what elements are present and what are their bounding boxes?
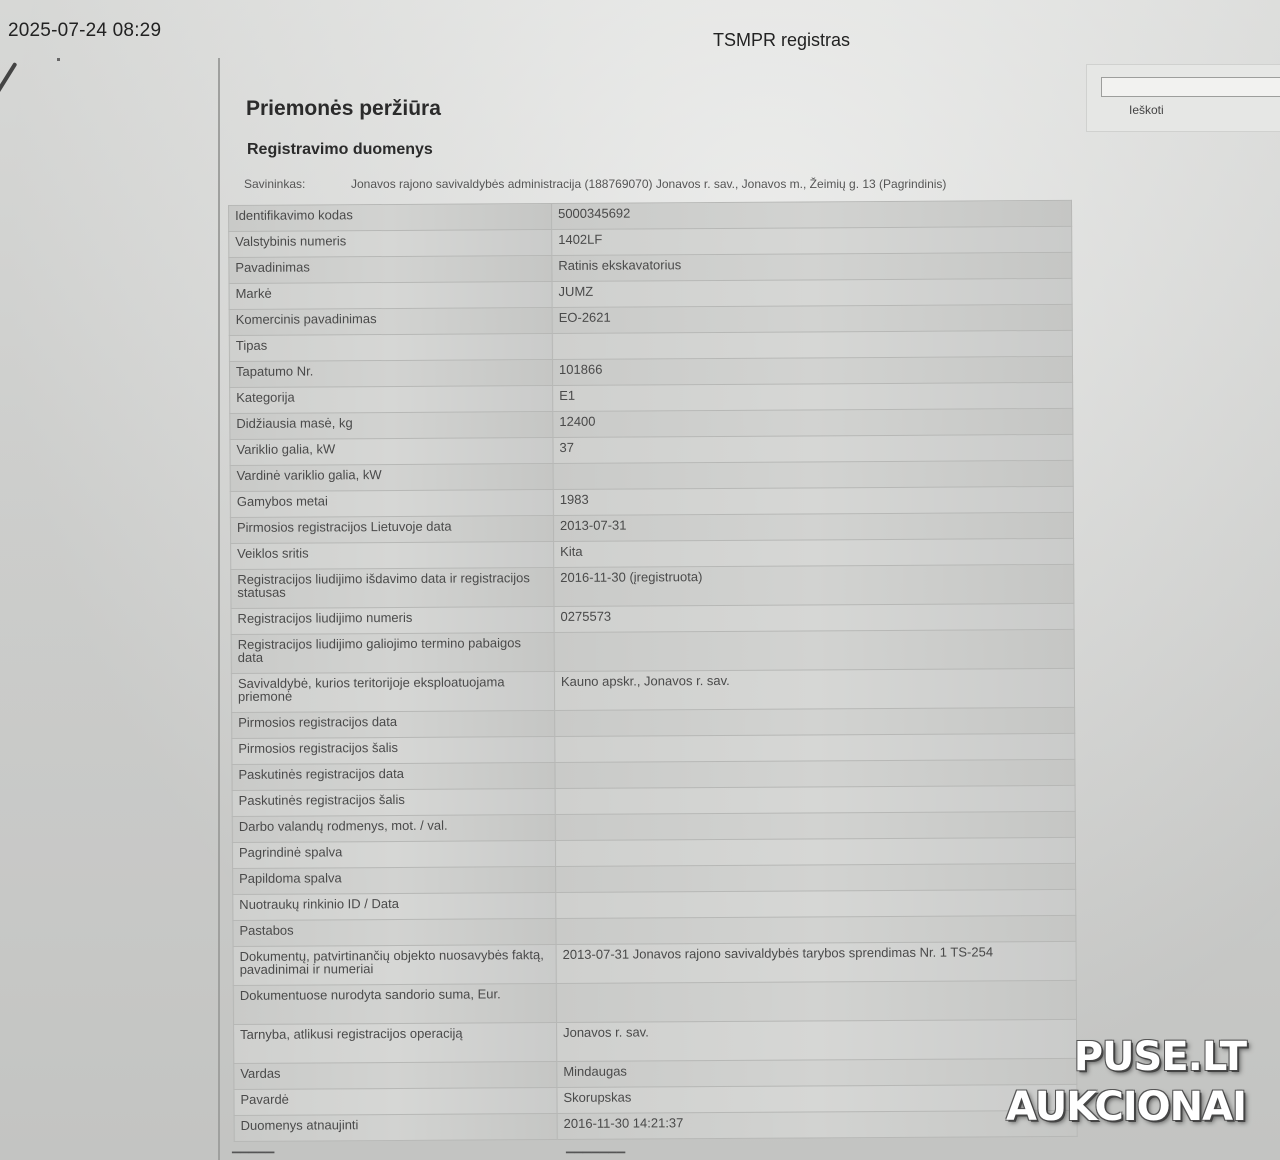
row-label: Pirmosios registracijos Lietuvoje data — [230, 516, 553, 544]
row-label: Pagrindinė spalva — [232, 841, 555, 869]
table-row: Dokumentų, patvirtinančių objekto nuosav… — [233, 941, 1076, 985]
row-label: Papildoma spalva — [233, 867, 556, 895]
left-column-divider — [218, 58, 220, 1160]
row-value: 37 — [553, 434, 1073, 463]
row-value — [552, 330, 1072, 359]
row-value: 1983 — [553, 486, 1073, 515]
row-value: 2016-11-30 (įregistruota) — [554, 564, 1074, 606]
row-label: Paskutinės registracijos data — [232, 763, 555, 791]
watermark: PUSE.LT AUKCIONAI — [1006, 1032, 1246, 1132]
row-label: Darbo valandų rodmenys, mot. / val. — [232, 815, 555, 843]
table-row: Registracijos liudijimo galiojimo termin… — [231, 629, 1074, 673]
registration-table: Identifikavimo kodas5000345692Valstybini… — [228, 200, 1078, 1142]
row-value — [556, 863, 1076, 892]
row-label: Valstybinis numeris — [229, 230, 552, 258]
row-value: 2016-11-30 14:21:37 — [557, 1110, 1077, 1139]
row-value: 1402LF — [552, 226, 1072, 255]
row-label: Pirmosios registracijos data — [232, 711, 555, 739]
pen-mark — [0, 62, 17, 125]
owner-value: Jonavos rajono savivaldybės administraci… — [351, 177, 946, 191]
row-label: Pavardė — [234, 1088, 557, 1116]
row-value: Ratinis ekskavatorius — [552, 252, 1072, 281]
document-title: TSMPR registras — [713, 30, 850, 51]
row-label: Tarnyba, atlikusi registracijos operacij… — [234, 1023, 557, 1064]
row-value — [554, 629, 1074, 671]
row-value — [555, 733, 1075, 762]
row-value — [555, 707, 1075, 736]
row-label: Registracijos liudijimo išdavimo data ir… — [231, 568, 554, 609]
section-title: Registravimo duomenys — [247, 141, 433, 159]
row-value — [556, 980, 1076, 1022]
print-timestamp: 2025-07-24 08:29 — [8, 20, 161, 42]
row-label: Veiklos sritis — [231, 542, 554, 570]
row-value: 2013-07-31 — [553, 512, 1073, 541]
table-row: Registracijos liudijimo išdavimo data ir… — [231, 564, 1074, 608]
row-label: Komercinis pavadinimas — [229, 308, 552, 336]
row-label: Duomenys atnaujinti — [234, 1114, 557, 1142]
row-value — [553, 460, 1073, 489]
row-value — [556, 915, 1076, 944]
row-label: Dokumentuose nurodyta sandorio suma, Eur… — [233, 984, 556, 1025]
row-value: Skorupskas — [557, 1084, 1077, 1113]
row-value: 101866 — [552, 356, 1072, 385]
row-value: Mindaugas — [557, 1058, 1077, 1087]
row-value — [555, 785, 1075, 814]
row-value: 5000345692 — [551, 200, 1071, 229]
row-label: Markė — [229, 282, 552, 310]
pen-dot — [57, 58, 60, 61]
row-value: Kita — [554, 538, 1074, 567]
row-label: Tipas — [229, 334, 552, 362]
row-label: Gamybos metai — [230, 490, 553, 518]
row-value: JUMZ — [552, 278, 1072, 307]
watermark-line-2: AUKCIONAI — [1006, 1082, 1246, 1132]
row-label: Registracijos liudijimo galiojimo termin… — [231, 633, 554, 674]
row-label: Dokumentų, patvirtinančių objekto nuosav… — [233, 945, 556, 986]
row-value — [555, 759, 1075, 788]
cutoff-text-right: ▔▔▔▔▔▔▔ — [566, 1152, 625, 1160]
row-value — [555, 811, 1075, 840]
row-label: Vardas — [234, 1062, 557, 1090]
row-value — [556, 889, 1076, 918]
row-value: E1 — [553, 382, 1073, 411]
row-label: Pirmosios registracijos šalis — [232, 737, 555, 765]
row-label: Registracijos liudijimo numeris — [231, 607, 554, 635]
page-title: Priemonės peržiūra — [246, 97, 441, 121]
row-label: Variklio galia, kW — [230, 438, 553, 466]
search-panel: Ieškoti — [1086, 64, 1280, 132]
row-label: Didžiausia masė, kg — [230, 412, 553, 440]
row-label: Savivaldybė, kurios teritorijoje eksploa… — [231, 672, 554, 713]
table-row: Duomenys atnaujinti2016-11-30 14:21:37 — [234, 1110, 1077, 1141]
row-label: Kategorija — [230, 386, 553, 414]
row-label: Pavadinimas — [229, 256, 552, 284]
cutoff-text-left: ▔▔▔▔▔ — [232, 1152, 274, 1160]
row-value: 2013-07-31 Jonavos rajono savivaldybės t… — [556, 941, 1076, 983]
row-label: Tapatumo Nr. — [229, 360, 552, 388]
row-label: Vardinė variklio galia, kW — [230, 464, 553, 492]
row-value: Jonavos r. sav. — [557, 1019, 1077, 1061]
row-value: 0275573 — [554, 603, 1074, 632]
row-value: EO-2621 — [552, 304, 1072, 333]
table-row: Tarnyba, atlikusi registracijos operacij… — [234, 1019, 1077, 1063]
row-value — [555, 837, 1075, 866]
row-label: Paskutinės registracijos šalis — [232, 789, 555, 817]
row-label: Pastabos — [233, 919, 556, 947]
row-value: Kauno apskr., Jonavos r. sav. — [554, 668, 1074, 710]
table-row: Savivaldybė, kurios teritorijoje eksploa… — [231, 668, 1074, 712]
row-value: 12400 — [553, 408, 1073, 437]
row-label: Identifikavimo kodas — [229, 204, 552, 232]
search-button[interactable]: Ieškoti — [1129, 103, 1164, 117]
search-input[interactable] — [1101, 77, 1280, 97]
row-label: Nuotraukų rinkinio ID / Data — [233, 893, 556, 921]
table-row: Dokumentuose nurodyta sandorio suma, Eur… — [233, 980, 1076, 1024]
owner-label: Savininkas: — [244, 177, 305, 191]
watermark-line-1: PUSE.LT — [1006, 1032, 1246, 1082]
